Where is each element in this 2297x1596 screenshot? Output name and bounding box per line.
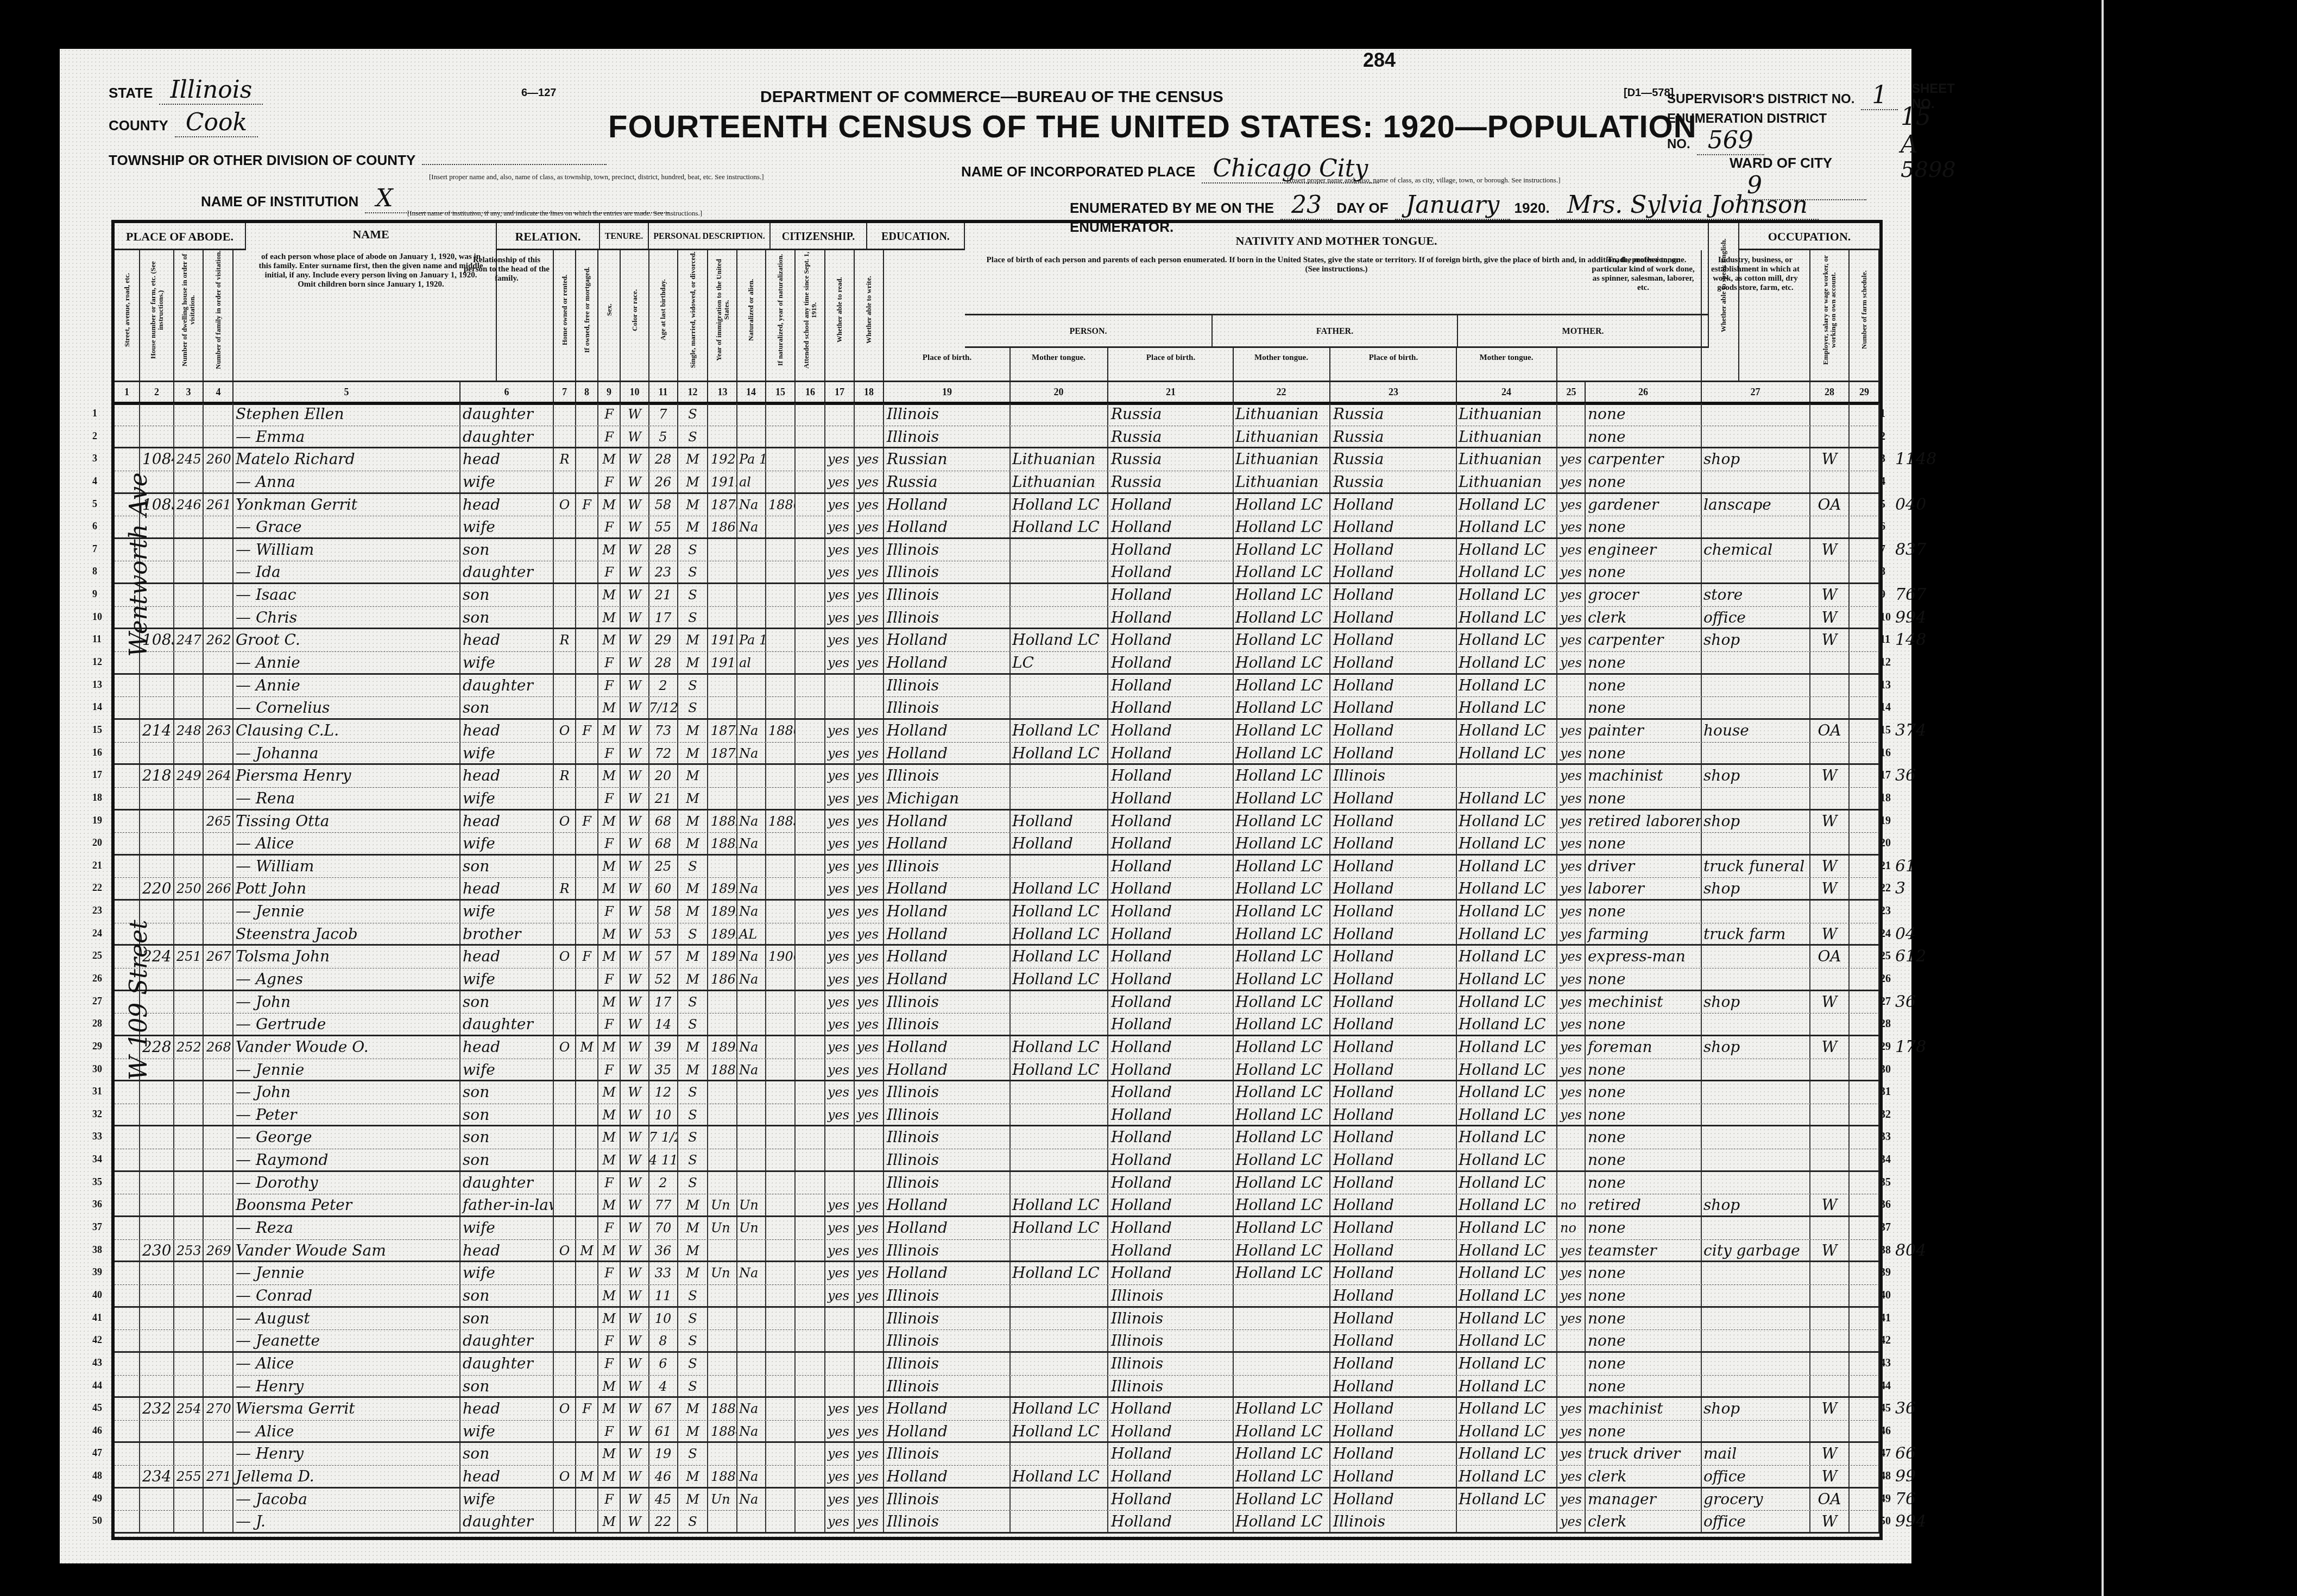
cell-tongue [1010, 539, 1108, 561]
cell-home: R [554, 878, 576, 899]
left-line-number: 35 [92, 1176, 102, 1188]
cell-street [115, 1081, 140, 1104]
cell-pob: Illinois [885, 1014, 1011, 1035]
cell-class [1810, 426, 1850, 447]
right-line-number: 30 [1880, 1063, 1891, 1076]
cell-street [115, 426, 140, 447]
cell-class [1810, 1081, 1850, 1104]
cell-family [204, 1081, 234, 1104]
cell-age: 23 [649, 561, 678, 582]
cell-street [115, 856, 140, 878]
cell-pob: Holland [885, 810, 1011, 833]
col-29-number: 29 [1850, 382, 1879, 402]
cell-family [204, 856, 234, 878]
col-11-header: Age at last birthday. [649, 250, 678, 381]
cell-family: 270 [204, 1398, 234, 1420]
cell-school [796, 765, 825, 787]
cell-m-pob: Holland [1331, 1081, 1457, 1104]
cell-marital: S [678, 1330, 708, 1351]
cell-write: yes [855, 1059, 884, 1080]
cell-school [796, 539, 825, 561]
col-3-header: Number of dwelling house in order of vis… [174, 250, 204, 381]
col-6-header: Relationship of this person to the head … [460, 250, 554, 381]
table-row: — PetersonMW10SyesyesIllinoisHollandHoll… [115, 1104, 1879, 1127]
right-line-number: 14 [1880, 701, 1891, 714]
col-10-header: Color or race. [621, 250, 649, 381]
cell-dwelling [174, 901, 204, 923]
cell-sex: M [598, 765, 621, 787]
cell-family: 269 [204, 1240, 234, 1261]
left-line-number: 22 [92, 882, 102, 894]
cell-pob: Illinois [885, 1126, 1011, 1149]
col-26-header: Trade, profession, or particular kind of… [1586, 250, 1702, 381]
cell-natyear [766, 516, 796, 537]
cell-age: 46 [649, 1466, 678, 1487]
cell-marital: M [678, 1466, 708, 1487]
cell-family [204, 1126, 234, 1149]
cell-house [140, 788, 174, 809]
cell-f-pob: Russia [1109, 403, 1234, 426]
page-number: 284 [1363, 49, 1396, 72]
col-8-label: If owned, free or mortgaged. [583, 250, 591, 370]
cell-owned [576, 1149, 598, 1170]
cell-trade: retired [1586, 1194, 1702, 1215]
cell-nat [737, 1240, 766, 1261]
cell-street [115, 1466, 140, 1487]
street-w109: W 109 Street [125, 920, 153, 1080]
cell-m-pob: Holland [1331, 1376, 1457, 1397]
cell-house [140, 1443, 174, 1465]
cell-family: 260 [204, 448, 234, 471]
cell-m-pob: Holland [1331, 1104, 1457, 1125]
cell-dwelling [174, 1081, 204, 1104]
cell-read: yes [825, 833, 855, 854]
cell-race: W [621, 1443, 649, 1465]
cell-m-pob: Holland [1331, 584, 1457, 606]
cell-write: yes [855, 539, 884, 561]
cell-f-tongue: Holland LC [1233, 675, 1330, 697]
cell-f-tongue: Holland LC [1233, 1014, 1330, 1035]
cell-m-tongue: Holland LC [1456, 1285, 1557, 1306]
cell-race: W [621, 1104, 649, 1125]
group-citizenship: CITIZENSHIP. [771, 223, 867, 250]
enumeration-district-field: ENUMERATION DISTRICT NO.569 [1667, 111, 1911, 154]
cell-m-pob: Holland [1331, 1308, 1457, 1330]
cell-read: yes [825, 539, 855, 561]
form-code-left: 6—127 [521, 87, 557, 99]
cell-family [204, 968, 234, 990]
cell-sex: M [598, 720, 621, 742]
cell-sex: M [598, 1240, 621, 1261]
left-line-number: 42 [92, 1334, 102, 1346]
col-9-label: Sex. [605, 250, 613, 370]
cell-f-tongue: Lithuanian [1233, 426, 1330, 447]
cell-f-pob: Holland [1109, 1511, 1234, 1532]
col-21-header: Place of birth. [1109, 348, 1234, 381]
cell-tongue: Holland LC [1010, 743, 1108, 764]
department-heading: DEPARTMENT OF COMMERCE—BUREAU OF THE CEN… [760, 88, 1223, 106]
cell-trade: none [1586, 652, 1702, 673]
cell-sex: F [598, 1262, 621, 1284]
cell-english [1558, 1353, 1586, 1375]
cell-house [140, 833, 174, 854]
cell-name: — Dorothy [234, 1172, 460, 1194]
cell-owned [576, 539, 598, 561]
col-2-header: House number or farm, etc. (See instruct… [140, 250, 174, 381]
cell-m-tongue: Holland LC [1456, 1443, 1557, 1465]
cell-class [1810, 1376, 1850, 1397]
cell-read: yes [825, 1240, 855, 1261]
cell-name: — Ida [234, 561, 460, 582]
cell-house [140, 697, 174, 718]
cell-m-pob: Holland [1331, 968, 1457, 990]
cell-natyear [766, 1262, 796, 1284]
cell-pob: Illinois [885, 539, 1011, 561]
row-margin-note: 837 [1895, 540, 1926, 559]
col-1-label: Street, avenue, road, etc. [123, 250, 131, 370]
cell-sex: M [598, 1466, 621, 1487]
cell-immig: 1892 [709, 878, 737, 899]
cell-age: 5 [649, 426, 678, 447]
cell-f-pob: Illinois [1109, 1376, 1234, 1397]
cell-m-tongue: Holland LC [1456, 1398, 1557, 1420]
cell-natyear [766, 1059, 796, 1080]
group-personal: PERSONAL DESCRIPTION. [649, 223, 771, 250]
cell-immig: 1889 [709, 1059, 737, 1080]
cell-farm [1850, 765, 1879, 787]
cell-f-pob: Holland [1109, 1217, 1234, 1239]
cell-owned [576, 856, 598, 878]
cell-trade: retired laborer [1586, 810, 1702, 833]
cell-school [796, 1443, 825, 1465]
cell-marital: S [678, 923, 708, 945]
cell-write [855, 1172, 884, 1194]
cell-sex: F [598, 788, 621, 809]
right-line-number: 42 [1880, 1334, 1891, 1347]
cell-home [554, 561, 576, 582]
cell-family [204, 923, 234, 945]
cell-pob: Illinois [885, 1376, 1011, 1397]
cell-home [554, 743, 576, 764]
right-line-number: 4 [1880, 476, 1885, 488]
cell-immig [709, 675, 737, 697]
cell-nat [737, 1330, 766, 1351]
right-line-number: 7 [1880, 543, 1885, 556]
cell-race: W [621, 539, 649, 561]
right-line-number: 37 [1880, 1221, 1891, 1234]
right-line-number: 20 [1880, 837, 1891, 850]
cell-dwelling [174, 652, 204, 673]
street-wentworth: Wentworth Ave [125, 472, 153, 657]
cell-f-pob: Illinois [1109, 1285, 1234, 1306]
right-line-number: 8 [1880, 566, 1885, 578]
cell-trade: none [1586, 1262, 1702, 1284]
name-heading: NAME [246, 227, 496, 242]
cell-industry: office [1701, 1511, 1810, 1532]
cell-owned [576, 1126, 598, 1149]
cell-age: 29 [649, 629, 678, 651]
right-line-number: 3 [1880, 453, 1885, 465]
county-label: COUNTY [109, 117, 168, 134]
table-row: — GracewifeFW55M1866NayesyesHollandHolla… [115, 516, 1879, 539]
cell-age: 70 [649, 1217, 678, 1239]
group-father: FATHER. [1213, 315, 1458, 348]
col-19-number: 19 [885, 382, 1011, 402]
cell-trade: truck driver [1586, 1443, 1702, 1465]
cell-family [204, 561, 234, 582]
cell-industry: mail [1701, 1443, 1810, 1465]
cell-dwelling: 253 [174, 1240, 204, 1261]
cell-name: — Cornelius [234, 697, 460, 718]
right-line-number: 25 [1880, 950, 1891, 962]
col-29-header: Number of farm schedule. [1850, 250, 1879, 381]
cell-f-pob: Holland [1109, 1489, 1234, 1511]
cell-dwelling [174, 403, 204, 426]
cell-home [554, 1308, 576, 1330]
left-line-number: 17 [92, 769, 102, 781]
cell-age: 72 [649, 743, 678, 764]
cell-tongue: Holland LC [1010, 968, 1108, 990]
cell-nat [737, 1126, 766, 1149]
cell-tongue [1010, 1172, 1108, 1194]
cell-marital: M [678, 1398, 708, 1420]
cell-home [554, 426, 576, 447]
cell-marital: S [678, 1285, 708, 1306]
cell-class [1810, 1059, 1850, 1080]
cell-house [140, 1172, 174, 1194]
cell-industry: office [1701, 1466, 1810, 1487]
page-title: FOURTEENTH CENSUS OF THE UNITED STATES: … [608, 109, 1697, 145]
cell-marital: S [678, 1126, 708, 1149]
cell-age: 2 [649, 1172, 678, 1194]
cell-age: 28 [649, 652, 678, 673]
cell-industry: shop [1701, 629, 1810, 651]
cell-read: yes [825, 1217, 855, 1239]
cell-class: W [1810, 878, 1850, 899]
cell-industry [1701, 833, 1810, 854]
cell-marital: M [678, 1240, 708, 1261]
col-19-label: Place of birth. [885, 348, 1009, 368]
cell-m-pob: Holland [1331, 1036, 1457, 1059]
cell-sex: M [598, 946, 621, 968]
right-line-number: 2 [1880, 430, 1885, 443]
cell-english: yes [1558, 448, 1586, 471]
cell-race: W [621, 697, 649, 718]
cell-street [115, 1172, 140, 1194]
cell-pob: Russian [885, 448, 1011, 471]
table-row: — AlicewifeFW68M1882NayesyesHollandHolla… [115, 833, 1879, 856]
cell-race: W [621, 1262, 649, 1284]
table-row: 10846245260Matelo RichardheadRMW28M1920P… [115, 448, 1879, 471]
left-line-number: 11 [92, 634, 102, 645]
cell-school [796, 1014, 825, 1035]
cell-f-pob: Illinois [1109, 1353, 1234, 1375]
cell-farm [1850, 561, 1879, 582]
cell-class: W [1810, 923, 1850, 945]
cell-immig [709, 1172, 737, 1194]
cell-race: W [621, 1126, 649, 1149]
cell-nat: Na [737, 901, 766, 923]
cell-class: W [1810, 991, 1850, 1014]
cell-m-tongue: Holland LC [1456, 788, 1557, 809]
cell-race: W [621, 1421, 649, 1442]
cell-farm [1850, 720, 1879, 742]
cell-sex: M [598, 1308, 621, 1330]
cell-school [796, 1353, 825, 1375]
cell-industry [1701, 516, 1810, 537]
cell-relation: daughter [460, 1330, 554, 1351]
cell-tongue: LC [1010, 652, 1108, 673]
cell-relation: brother [460, 923, 554, 945]
cell-farm [1850, 946, 1879, 968]
col-7-number: 7 [554, 382, 576, 402]
cell-marital: S [678, 856, 708, 878]
cell-sex: F [598, 968, 621, 990]
cell-farm [1850, 810, 1879, 833]
column-number-row: 1234567891011121314151617181920212223242… [115, 381, 1879, 405]
cell-relation: son [460, 856, 554, 878]
cell-english: yes [1558, 1014, 1586, 1035]
cell-family: 262 [204, 629, 234, 651]
cell-home: R [554, 629, 576, 651]
table-row: — IdadaughterFW23SyesyesIllinoisHollandH… [115, 561, 1879, 584]
cell-read: yes [825, 584, 855, 606]
cell-class [1810, 1126, 1850, 1149]
cell-write: yes [855, 1511, 884, 1532]
cell-family: 268 [204, 1036, 234, 1059]
cell-relation: son [460, 1285, 554, 1306]
cell-nat [737, 788, 766, 809]
cell-class [1810, 697, 1850, 718]
cell-relation: daughter [460, 561, 554, 582]
cell-pob: Illinois [885, 991, 1011, 1014]
cell-dwelling [174, 810, 204, 833]
right-line-number: 27 [1880, 996, 1891, 1008]
cell-natyear [766, 675, 796, 697]
cell-nat: Na [737, 743, 766, 764]
cell-farm [1850, 788, 1879, 809]
cell-read: yes [825, 607, 855, 628]
cell-immig [709, 1126, 737, 1149]
cell-family [204, 1443, 234, 1465]
cell-relation: son [460, 539, 554, 561]
cell-sex: M [598, 1511, 621, 1532]
cell-owned [576, 1262, 598, 1284]
cell-family [204, 833, 234, 854]
cell-trade: none [1586, 1285, 1702, 1306]
cell-immig: 1893 [709, 1036, 737, 1059]
cell-natyear [766, 1194, 796, 1215]
cell-industry [1701, 1262, 1810, 1284]
cell-trade: carpenter [1586, 629, 1702, 651]
cell-read: yes [825, 1285, 855, 1306]
cell-relation: daughter [460, 675, 554, 697]
cell-family [204, 1376, 234, 1397]
cell-age: 22 [649, 1511, 678, 1532]
col-12-label: Single, married, widowed, or divorced. [689, 250, 697, 370]
cell-house: 234 [140, 1466, 174, 1487]
left-line-number: 23 [92, 905, 102, 916]
cell-natyear [766, 629, 796, 651]
cell-trade: grocer [1586, 584, 1702, 606]
cell-dwelling: 247 [174, 629, 204, 651]
cell-home [554, 675, 576, 697]
left-line-number: 5 [92, 498, 97, 510]
cell-f-pob: Holland [1109, 1059, 1234, 1080]
cell-english: yes [1558, 810, 1586, 833]
cell-m-tongue: Holland LC [1456, 743, 1557, 764]
cell-m-tongue: Holland LC [1456, 991, 1557, 1014]
left-line-number: 34 [92, 1154, 102, 1165]
cell-marital: M [678, 1262, 708, 1284]
cell-english [1558, 1330, 1586, 1351]
cell-farm [1850, 1059, 1879, 1080]
right-line-number: 44 [1880, 1380, 1891, 1392]
table-row: — AnniewifeFW28M1916alyesyesHollandLCHol… [115, 652, 1879, 675]
cell-pob: Holland [885, 516, 1011, 537]
cell-home [554, 1149, 576, 1170]
cell-english: yes [1558, 923, 1586, 945]
right-line-number: 49 [1880, 1493, 1891, 1505]
table-row: — EmmadaughterFW5SIllinoisRussiaLithuani… [115, 426, 1879, 449]
cell-street [115, 675, 140, 697]
cell-race: W [621, 1466, 649, 1487]
cell-school [796, 946, 825, 968]
cell-relation: son [460, 1149, 554, 1170]
cell-immig [709, 788, 737, 809]
cell-read [825, 403, 855, 426]
institution-label: NAME OF INSTITUTION [201, 193, 358, 210]
cell-english: yes [1558, 788, 1586, 809]
cell-write: yes [855, 1285, 884, 1306]
cell-tongue [1010, 607, 1108, 628]
cell-class [1810, 833, 1850, 854]
cell-school [796, 1421, 825, 1442]
cell-write: yes [855, 607, 884, 628]
cell-name: — William [234, 539, 460, 561]
cell-farm [1850, 1036, 1879, 1059]
cell-natyear: 1880 [766, 494, 796, 516]
cell-english [1558, 426, 1586, 447]
cell-f-tongue: Holland LC [1233, 856, 1330, 878]
enumerated-year: 1920. [1514, 200, 1550, 216]
cell-class: OA [1810, 720, 1850, 742]
cell-industry: truck funeral co [1701, 856, 1810, 878]
cell-pob: Illinois [885, 675, 1011, 697]
cell-f-tongue: Holland LC [1233, 1217, 1330, 1239]
cell-owned [576, 403, 598, 426]
cell-trade: none [1586, 516, 1702, 537]
cell-school [796, 991, 825, 1014]
col-22-header: Mother tongue. [1233, 348, 1330, 381]
cell-pob: Holland [885, 946, 1011, 968]
cell-m-pob: Holland [1331, 1194, 1457, 1215]
cell-write: yes [855, 991, 884, 1014]
cell-home [554, 539, 576, 561]
cell-class: W [1810, 1398, 1850, 1420]
col-23-number: 23 [1331, 382, 1457, 402]
cell-family [204, 1285, 234, 1306]
cell-race: W [621, 810, 649, 833]
cell-read: yes [825, 1104, 855, 1125]
cell-class: W [1810, 1511, 1850, 1532]
cell-owned [576, 1059, 598, 1080]
cell-farm [1850, 991, 1879, 1014]
col-18-header: Whether able to write. [855, 250, 884, 381]
cell-m-tongue: Holland LC [1456, 1353, 1557, 1375]
cell-age: 55 [649, 516, 678, 537]
left-line-number: 40 [92, 1289, 102, 1301]
